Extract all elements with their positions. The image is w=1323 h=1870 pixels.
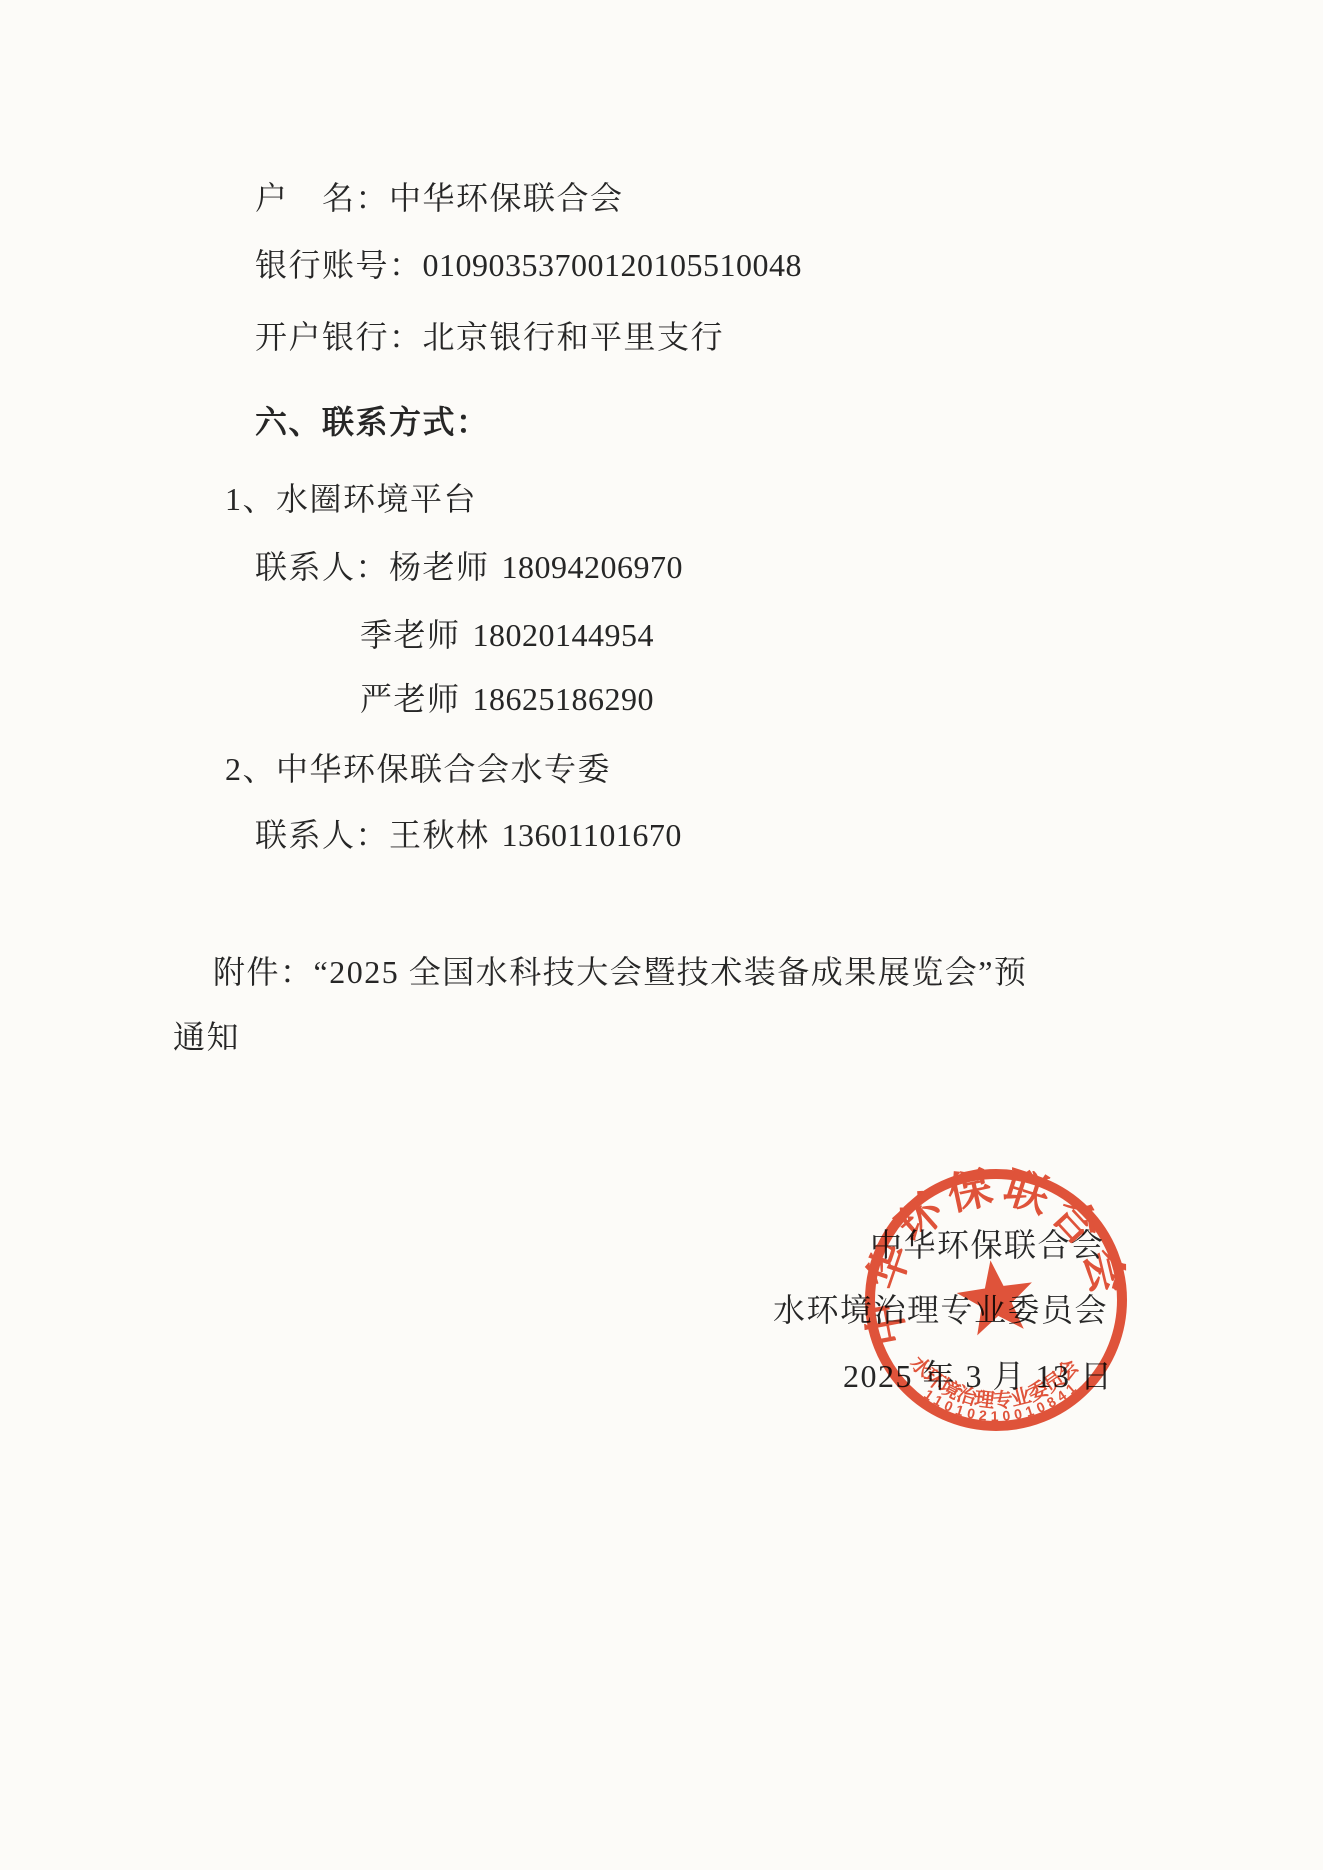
contact-label: 联系人： (255, 817, 389, 853)
document-page: 户 名：中华环保联合会 银行账号：01090353700120105510048… (0, 0, 1323, 1870)
contact-phone: 18094206970 (502, 549, 684, 585)
contact-row: 联系人：王秋林13601101670 (255, 816, 682, 854)
contact-name: 季老师 (360, 617, 461, 653)
seal-top-text: 中华环保联合会 (858, 1162, 1134, 1350)
attachment-line1: 附件：“2025 全国水科技大会暨技术装备成果展览会”预 (213, 953, 1027, 991)
contact-phone: 18625186290 (473, 681, 655, 717)
account-name-line: 户 名：中华环保联合会 (255, 179, 624, 217)
contact-row: 严老师18625186290 (360, 680, 654, 718)
contact-section-heading: 六、联系方式： (255, 403, 490, 441)
svg-text:中华环保联合会: 中华环保联合会 (858, 1162, 1134, 1350)
official-seal: 中华环保联合会 水环境治理专业委员会 11010210010841 (851, 1155, 1141, 1445)
account-name-value: 中华环保联合会 (389, 180, 624, 216)
account-number-value: 01090353700120105510048 (423, 247, 803, 283)
contact-group2-title: 2、中华环保联合会水专委 (225, 750, 611, 788)
contact-group1-title: 1、水圈环境平台 (225, 480, 477, 518)
account-number-line: 银行账号：01090353700120105510048 (255, 246, 802, 284)
contact-name: 杨老师 (389, 549, 490, 585)
contact-phone: 18020144954 (473, 617, 655, 653)
contact-label: 联系人： (255, 549, 389, 585)
attachment-line2: 通知 (173, 1018, 240, 1056)
account-name-label: 户 名： (255, 180, 389, 216)
contact-phone: 13601101670 (502, 817, 682, 853)
bank-name-value: 北京银行和平里支行 (423, 319, 725, 355)
official-seal-graphic: 中华环保联合会 水环境治理专业委员会 11010210010841 (851, 1155, 1141, 1445)
account-number-label: 银行账号： (255, 247, 423, 283)
bank-name-label: 开户银行： (255, 319, 423, 355)
contact-name: 王秋林 (389, 817, 490, 853)
bank-name-line: 开户银行：北京银行和平里支行 (255, 318, 724, 356)
contact-name: 严老师 (360, 681, 461, 717)
contact-row: 联系人：杨老师18094206970 (255, 548, 683, 586)
seal-star-icon (953, 1255, 1038, 1337)
contact-row: 季老师18020144954 (360, 616, 654, 654)
